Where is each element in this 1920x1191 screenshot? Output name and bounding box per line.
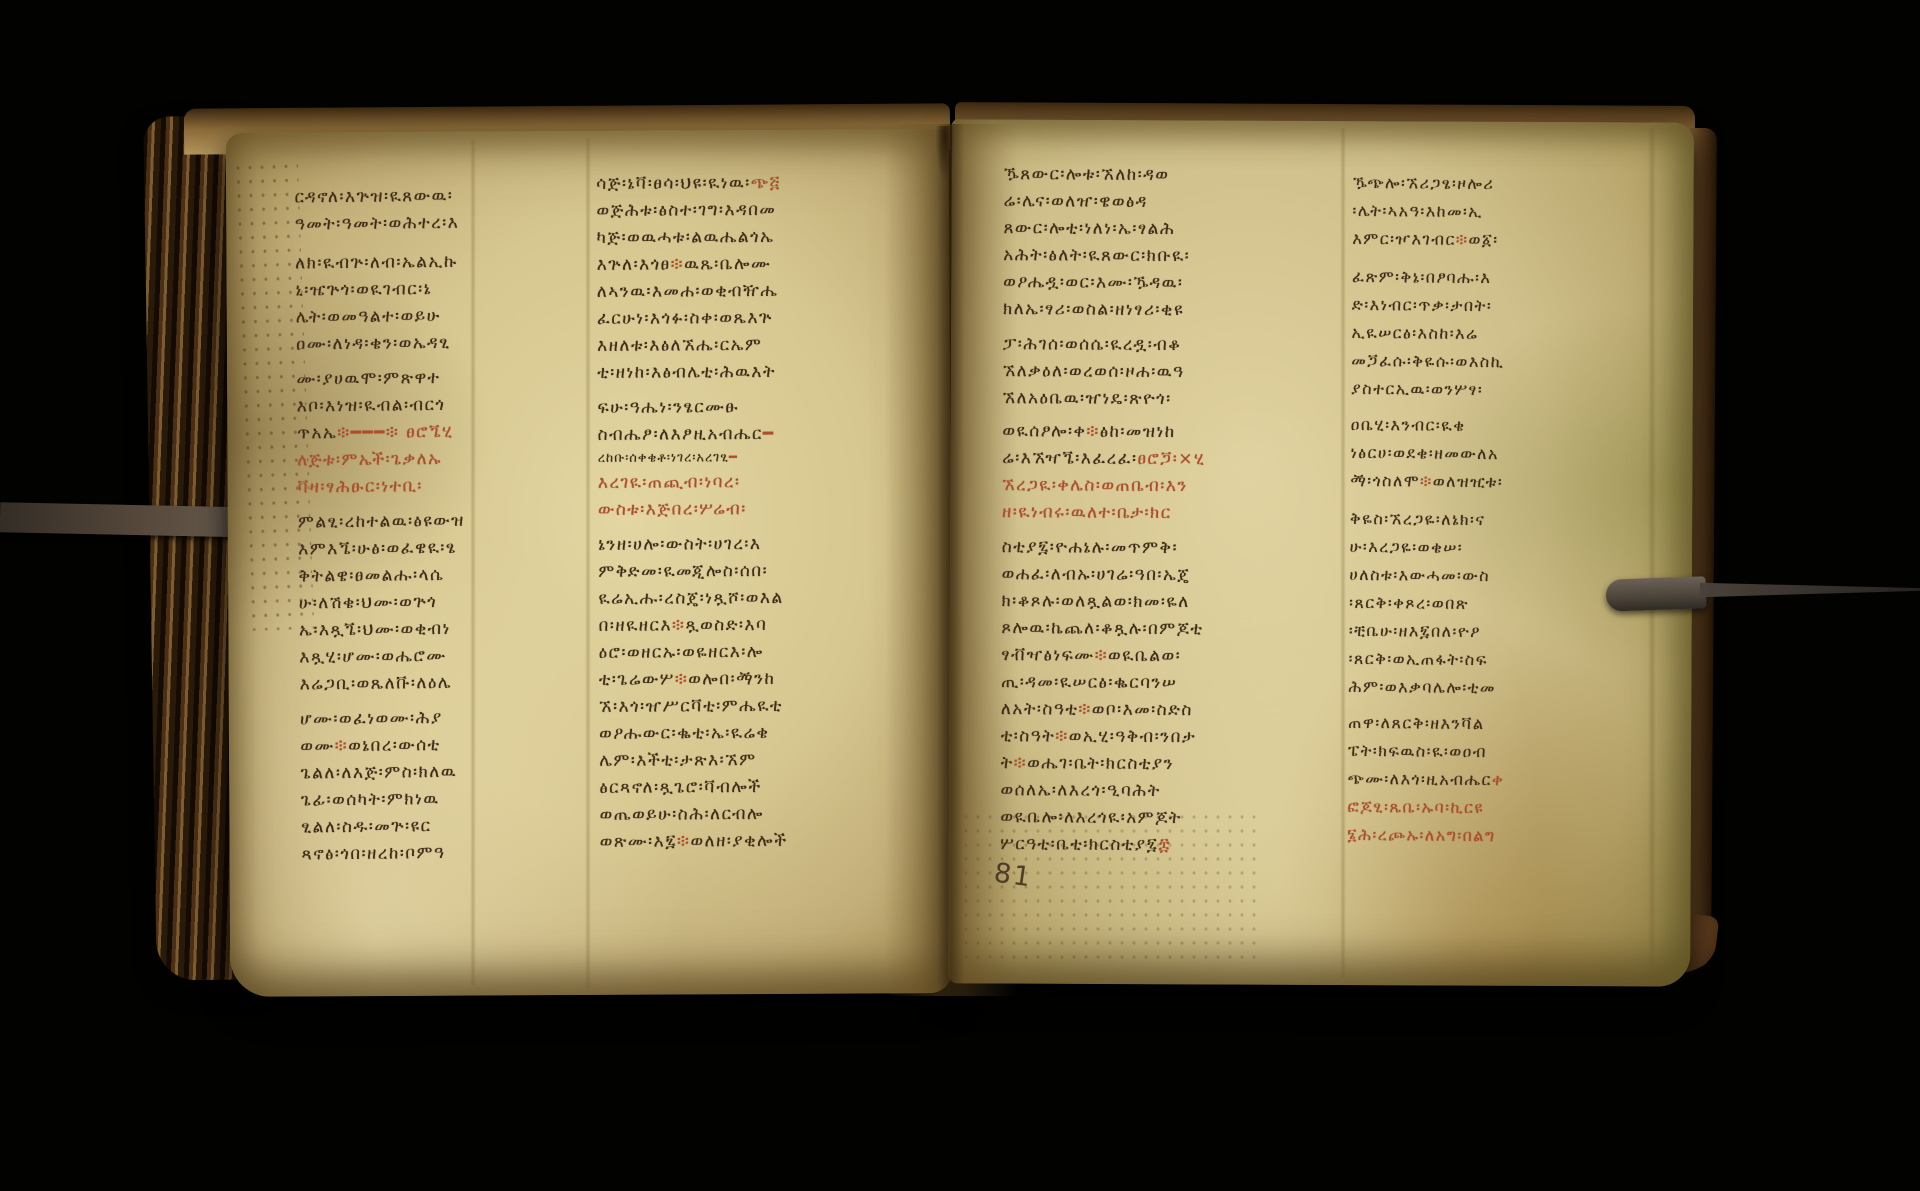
text-line: ስቲያ፯፡ዮሐኔሉ፡መጥምቅ፡ xyxy=(1002,534,1336,563)
right-page-crease xyxy=(1340,128,1346,978)
ink-text: ወጽሙ፡እ፯ xyxy=(600,831,677,851)
text-line: ፮ሕ፡ረጮኡ፡ለአግ፡በልግ xyxy=(1347,821,1599,851)
ink-text: ኒ፡ዤጕጎ፡ወዪገብር፡ኔ xyxy=(295,279,432,300)
ink-text: ዄጭሎ፡ኧሪጋፄ፡ዞሎሪ xyxy=(1353,173,1495,193)
rubric-text: ፨ xyxy=(672,615,686,635)
ink-text: አሕት፡ፅለት፡ዪጸውር፡ክቡዪ፡ xyxy=(1003,245,1190,266)
text-line: ፈርሁነ፡እጎፉ፡ስቀ፡ወጼእጕ xyxy=(597,304,931,333)
text-line: ኒ፡ዤጕጎ፡ወዪገብር፡ኔ xyxy=(295,275,583,305)
rubric-text: ━ xyxy=(729,450,738,465)
ink-text: በ፡ዘዪዘርእ xyxy=(599,615,673,635)
ink-text: ሦርዓቲ፡ቤቲ፡ክርስቲያ፯ xyxy=(1000,834,1158,855)
rubric-text: ጭ፭ xyxy=(751,173,781,193)
text-line: ለአት፡ስዓቲ፨ወቦ፡እመ፡ስድስ xyxy=(1001,696,1335,725)
text-line: ወዖሔዷ፡ወር፡እሙ፡ዄዳዉ፡ xyxy=(1003,269,1337,298)
text-line: ወዪሰፆሎ፡ቀ፨ፅከ፡መዝነከ xyxy=(1002,418,1336,447)
text-line: ኔንዘ፡ሀሎ፡ውስት፡ሀገረ፡እ xyxy=(598,530,932,559)
text-line: ፈጽም፡ቅኔ፡በፆባሑ፡እ xyxy=(1352,263,1604,293)
text-line: ፡ጸርቅ፡ቀጾረ፡ወበጽ xyxy=(1349,589,1601,619)
ink-text: ቲ፡ዘነከ፡እፅብሌቲ፡ሕዉእት xyxy=(597,362,776,383)
ink-text: ሁ፡እረጋዬ፡ወቄሠ፡ xyxy=(1350,537,1464,557)
ink-text: ወዖሑውር፡ቈቲ፡ኤ፡ዪሬቄ xyxy=(599,723,769,744)
rubric-text: ፨ xyxy=(1078,700,1092,720)
text-line: አሕት፡ፅለት፡ዪጸውር፡ክቡዪ፡ xyxy=(1003,242,1337,271)
text-line: ጸውር፡ሎቲ፡ነለነ፡ኤ፡ፃልሕ xyxy=(1003,215,1337,244)
text-line: እዘለቱ፡እፅለኧሔ፡ርኤም xyxy=(597,331,931,360)
text-line: እምር፡ዦእገብር፨ወ፩፡ xyxy=(1352,225,1604,255)
ink-text: ወኔበረ፡ውሰቲ xyxy=(348,735,441,756)
text-line: ኤ፡እጿጜ፡ህሙ፡ወቂብነ xyxy=(299,614,587,644)
ink-text: ለኣንዉ፡እመሐ፡ወቂብዥሔ xyxy=(597,281,779,302)
rubric-text: ፨ xyxy=(335,736,349,756)
photo-canvas: { "scene": { "subject": "Open parchment … xyxy=(0,0,1920,1191)
ink-text: ምልፂ፡ረከተልዉ፡ፅዩውዝ xyxy=(298,511,465,533)
ink-text: ወሰለኤ፡ለእረጎ፡ዒባሕት xyxy=(1000,780,1160,801)
ink-text: ሆሙ፡ወፈነወሙ፡ሕያ xyxy=(300,708,443,729)
text-line: ወጤወይሁ፡ስሕ፡ለርብሎ xyxy=(600,800,934,829)
rubric-text: ፨ xyxy=(1456,230,1469,249)
text-line: ለክ፡ዪብጕ፡ለብ፡ኤልኢኩ xyxy=(295,248,583,278)
ink-text: ኧለቃዕለ፡ወረወሰ፡ዞሐ፡ዉዓ xyxy=(1003,361,1185,382)
text-line: ሦርዓቲ፡ቤቲ፡ክርስቲያ፯፰ xyxy=(1000,831,1334,860)
text-line: ዪሬኢሑ፡ረስጄ፡ነጿሾ፡ወእል xyxy=(598,584,932,613)
text-line: ርዳኖለ፡እጕዝ፡ዪጸውዉ፡ xyxy=(294,182,582,212)
ink-text: ጢ፡ዳመ፡ዪሠርፅ፡ቈርባንሠ xyxy=(1001,672,1177,693)
ink-text: ዄጸውር፡ሎቱ፡ኧለከ፡ዳወ xyxy=(1004,164,1170,185)
rubric-text: ፰ xyxy=(1158,835,1171,855)
ink-text: ክለኤ፡ፃሪ፡ወስል፡ዘነፃሪ፡ቂዩ xyxy=(1003,299,1184,320)
rubric-text: ፨ xyxy=(1055,726,1069,746)
rubric-text: ቫዛ፡ፃሕፁር፡ነተቢ፡ xyxy=(297,476,423,497)
ink-text: እዘለቱ፡እፅለኧሔ፡ርኤም xyxy=(597,335,762,356)
ink-text: ወዪቤሎ፡ለእረጎዪ፡አምጆት xyxy=(1000,807,1182,828)
ink-text: ወለዝዢቱ፡ xyxy=(1433,472,1504,492)
ink-text: ሁ፡ለሽቄ፡ህሙ፡ወጕጎ xyxy=(299,592,438,613)
ink-text: ስቲያ፯፡ዮሐኔሉ፡መጥምቅ፡ xyxy=(1002,537,1178,558)
ink-text: እጿሂ፡ሆሙ፡ወሔሮሙ xyxy=(299,646,446,668)
text-line: ሌም፡እችቲ፡ታጽእ፡ኧም xyxy=(599,746,933,775)
ink-text: ኔንዘ፡ሀሎ፡ውስት፡ሀገረ፡እ xyxy=(598,534,761,555)
text-line: እምእጜ፡ሁፅ፡ወፈዌዪ፡ፄ xyxy=(298,533,586,563)
ink-text: ሕም፡ወእቃባሌሎ፡ቲመ xyxy=(1348,677,1496,697)
text-line: ሕም፡ወእቃባሌሎ፡ቲመ xyxy=(1348,673,1600,703)
rubric-text: ━ xyxy=(763,424,775,444)
text-line: እቦ፡እነዝ፡ዪብል፡ብርጎ xyxy=(297,390,585,420)
text-line: ክ፡ቆጾሉ፡ወለጿልወ፡ክመ፡ዬለ xyxy=(1001,588,1335,617)
text-line: ፂልለ፡ስዱ፡መጕ፡ዩር xyxy=(301,811,589,841)
ink-text: ድ፡እነብር፡ጥቃ፡ታበት፡ xyxy=(1352,295,1493,315)
ink-text: እሬጋቢ፡ወጼለቩ፡ለዕሌ xyxy=(300,673,453,695)
text-line: ክለኤ፡ፃሪ፡ወስል፡ዘነፃሪ፡ቂዩ xyxy=(1003,296,1337,325)
text-line: በ፡ዘዪዘርእ፨ጿወስድ፡እባ xyxy=(599,611,933,640)
text-line: ኧረጋዪ፡ቀሌስ፡ወጠቤብ፡እን xyxy=(1002,472,1336,501)
rubric-text: ፨ xyxy=(1086,422,1100,442)
ink-text: ኤ፡እጿጜ፡ህሙ፡ወቂብነ xyxy=(299,619,451,641)
text-line: ጌፊ፡ወሰካት፡ምክነዉ xyxy=(301,784,589,814)
ink-text: ሙ፡ያሀዉሞ፡ምጽዋተ xyxy=(296,368,440,390)
rubric-text: ቀ xyxy=(1492,770,1504,789)
text-line: ቲ፡ስዓት፨ወኢሂ፡ዓቅብ፡ንበታ xyxy=(1001,723,1335,752)
rubric-text: ዘ፡ዪነብሩ፡ዉለተ፡ቤታ፡ክር xyxy=(1002,502,1172,523)
ink-text: ክ፡ቆጾሉ፡ወለጿልወ፡ክመ፡ዬለ xyxy=(1001,591,1189,612)
text-line: ለጅቱ፡ምኤች፡ጌቃለኡ xyxy=(297,444,585,474)
rubric-text: ፀሮጛ፡×ሂ xyxy=(1137,449,1205,469)
ink-text: ቲ፡ጌሬውሦ xyxy=(599,669,675,689)
ink-text: መጛፈሱ፡ቅዬሱ፡ወእስኪ xyxy=(1351,351,1504,371)
ink-text: ወዪቤልወ፡ xyxy=(1108,646,1181,666)
text-line: እረገዪ፡ጠጪብ፡ነባረ፡ xyxy=(598,468,932,497)
right-page-crease xyxy=(1648,128,1656,968)
text-line: ፡ቺቤሁ፡ዘእ፯በለ፡ዮዖ xyxy=(1349,617,1601,647)
ink-text: ዐቤሂ፡እንብር፡ዪቄ xyxy=(1351,415,1466,435)
ink-text: ኢዪሠርፅ፡እስከ፡እሬ xyxy=(1351,323,1478,343)
text-line: ቲ፡ጌሬውሦ፨ወሎበ፡ፙንከ xyxy=(599,665,933,694)
text-line: ወዖሑውር፡ቈቲ፡ኤ፡ዪሬቄ xyxy=(599,719,933,748)
text-line: ሬ፡ሌና፡ወለዠ፡ዌወፅዳ xyxy=(1004,188,1338,217)
ink-text: ወሙ xyxy=(300,736,335,756)
text-line: ሁ፡ለሽቄ፡ህሙ፡ወጕጎ xyxy=(299,587,587,617)
ink-text: ጌልለ፡ለእጅ፡ምስ፡ክለዉ xyxy=(300,762,457,784)
ink-text: ፓ፡ሕገሰ፡ወሰሴ፡ዪረዷ፡ብቆ xyxy=(1003,334,1182,355)
text-line: ቲ፡ዘነከ፡እፅብሌቲ፡ሕዉእት xyxy=(597,358,931,387)
ink-text: ፃቭዣፅነፍሙ xyxy=(1001,645,1094,665)
ink-text: ጻኖፅ፡ጎበ፡ዘረከ፡ቦምዓ xyxy=(301,843,445,865)
text-line: ፓ፡ሕገሰ፡ወሰሴ፡ዪረዷ፡ብቆ xyxy=(1003,331,1337,360)
ink-text: ለክ፡ዪብጕ፡ለብ፡ኤልኢኩ xyxy=(295,252,458,274)
text-line: ውስቱ፡እጅበረ፡ሦሬብ፡ xyxy=(598,495,932,524)
text-line: ጠዋ፡ለጸርቅ፡ዘእንቫል xyxy=(1348,709,1600,739)
text-line: እጿሂ፡ሆሙ፡ወሔሮሙ xyxy=(299,641,587,671)
right-metal-band-clip xyxy=(1605,576,1706,611)
text-line: ካጅ፡ወዉሓቱ፡ልዉሔልጎኤ xyxy=(596,223,930,252)
text-line: ዐቤሂ፡እንብር፡ዪቄ xyxy=(1351,411,1603,441)
ink-text: ኧለአዕቤዉ፡ዠነዴ፡ጽዮጎ፡ xyxy=(1003,388,1172,409)
text-line: ሙ፡ያሀዉሞ፡ምጽዋተ xyxy=(296,364,584,394)
text-line: ፅርጻኖለ፡ጿጌሮ፡ቫብሎች xyxy=(599,773,933,802)
rubric-text: ፨ xyxy=(1095,646,1109,666)
text-column-3: ዄጸውር፡ሎቱ፡ኧለከ፡ዳወሬ፡ሌና፡ወለዠ፡ዌወፅዳጸውር፡ሎቲ፡ነለነ፡ኤ፡… xyxy=(1000,161,1338,860)
text-line: ወጽሙ፡እ፯፨ወለዘ፡ያቂሎች xyxy=(600,827,934,856)
ink-text: ነፅርሀ፡ወደቄ፡ዘመውለአ xyxy=(1350,443,1499,463)
rubric-text: ፨ xyxy=(1420,472,1433,491)
ink-text: ስብሔፆ፡ለእፆዚአብሔር xyxy=(598,424,763,445)
text-line: ዄጭሎ፡ኧሪጋፄ፡ዞሎሪ xyxy=(1353,169,1605,199)
ink-text: ሀለስቱ፡እውሓመ፡ውስ xyxy=(1349,565,1490,585)
ink-text: ዓመት፡ዓመት፡ወሕተረ፡እ xyxy=(295,213,460,235)
ink-text: ካጅ፡ወዉሓቱ፡ልዉሔልጎኤ xyxy=(597,227,775,248)
text-line: ምልፂ፡ረከተልዉ፡ፅዩውዝ xyxy=(298,506,586,536)
text-line: ኢዪሠርፅ፡እስከ፡እሬ xyxy=(1351,319,1603,349)
ink-text: እምእጜ፡ሁፅ፡ወፈዌዪ፡ፄ xyxy=(298,538,457,560)
text-line: ሀለስቱ፡እውሓመ፡ውስ xyxy=(1349,561,1601,591)
ink-text: ዕሮ፡ወዘርኡ፡ወዬዘርእ፡ሎ xyxy=(599,642,764,663)
ink-text: ወሎበ፡ፙንከ xyxy=(688,669,775,689)
ink-text: ዐሙ፡ለነዳ፡ቄን፡ወኤዳፂ xyxy=(296,333,451,355)
text-line: ፍሁ፡ዓሔነ፡ንፄርሙፁ xyxy=(597,393,931,422)
text-line: ረከቡ፡ሰቀቄቶ፡ነገረ፡አረገፂ━ xyxy=(598,447,932,470)
text-line: ሆሙ፡ወፈነወሙ፡ሕያ xyxy=(300,703,588,733)
text-line: ቅትልዌ፡ፀመልሑ፡ላሴ xyxy=(298,560,586,590)
text-line: ቫዛ፡ፃሕፁር፡ነተቢ፡ xyxy=(297,471,585,501)
ink-text: ሬ፡እኧዣጜ፡እፈረፈ፡ xyxy=(1002,448,1137,469)
text-line: ጌልለ፡ለእጅ፡ምስ፡ክለዉ xyxy=(300,757,588,787)
text-line: ጻኖፅ፡ጎበ፡ዘረከ፡ቦምዓ xyxy=(301,838,589,868)
ink-text: ጌፊ፡ወሰካት፡ምክነዉ xyxy=(301,789,440,810)
ink-text: ፅከ፡መዝነከ xyxy=(1100,422,1176,442)
ink-text: ለአት፡ስዓቲ xyxy=(1001,699,1079,719)
text-line: ቅዬስ፡ኧረጋዬ፡ለኔክ፡ና xyxy=(1350,505,1602,535)
text-column-4: ዄጭሎ፡ኧሪጋፄ፡ዞሎሪ፡ሌት፡ኣአዓ፡እከመ፡ኢእምር፡ዦእገብር፨ወ፩፡ፈጽ… xyxy=(1347,169,1605,851)
text-line: ያስተርኢዉ፡ወንሦፃ፡ xyxy=(1351,375,1603,405)
text-line: ኧ፡እጎ፡ዠሥርቫቲ፡ምሔዪቲ xyxy=(599,692,933,721)
ink-text: ጸውር፡ሎቲ፡ነለነ፡ኤ፡ፃልሕ xyxy=(1003,218,1175,239)
text-line: እሬጋቢ፡ወጼለቩ፡ለዕሌ xyxy=(300,668,588,698)
ink-text: ጭሙ፡ለእጎ፡ዚአብሔር xyxy=(1348,769,1492,789)
ink-text: ፂልለ፡ስዱ፡መጕ፡ዩር xyxy=(301,816,432,837)
text-line: ዕሮ፡ወዘርኡ፡ወዬዘርእ፡ሎ xyxy=(599,638,933,667)
text-line: ለኣንዉ፡እመሐ፡ወቂብዥሔ xyxy=(597,277,931,306)
ink-text: ጾሎዉ፡ኬጨለ፡ቆጿሉ፡በምጆቲ xyxy=(1001,618,1203,639)
ink-text: ወዖሔዷ፡ወር፡እሙ፡ዄዳዉ፡ xyxy=(1003,272,1183,293)
ink-text: ፡ጸርቅ፡ወኢጠፋት፡ስፍ xyxy=(1349,649,1488,669)
rubric-text: ፀሮጜሂ xyxy=(406,422,453,442)
text-line: ድ፡እነብር፡ጥቃ፡ታበት፡ xyxy=(1352,291,1604,321)
ink-text: ወቦ፡እመ፡ስድስ xyxy=(1092,700,1193,721)
ink-text: ፈጽም፡ቅኔ፡በፆባሑ፡እ xyxy=(1352,267,1492,287)
text-line: እጕለ፡እጎፀ፨ዉጼ፡ቤሎሙ xyxy=(597,250,931,279)
rubric-text: እረገዪ፡ጠጪብ፡ነባረ፡ xyxy=(598,472,741,493)
text-line: ወሙ፨ወኔበረ፡ውሰቲ xyxy=(300,730,588,760)
ink-text: ፡ጸርቅ፡ቀጾረ፡ወበጽ xyxy=(1349,593,1469,613)
ink-text: ያስተርኢዉ፡ወንሦፃ፡ xyxy=(1351,379,1483,399)
ink-text: እቦ፡እነዝ፡ዪብል፡ብርጎ xyxy=(297,395,446,417)
rubric-text: ፎጆፂ፡ጼቤ፡ኡባ፡ኪርዩ xyxy=(1347,797,1484,817)
ink-text: ጥአኤ xyxy=(297,423,337,443)
ink-text: ቅዬስ፡ኧረጋዬ፡ለኔክ፡ና xyxy=(1350,509,1486,529)
ink-text: ፅርጻኖለ፡ጿጌሮ፡ቫብሎች xyxy=(599,777,761,798)
text-line: ዓመት፡ዓመት፡ወሕተረ፡እ xyxy=(295,209,583,239)
ink-text: ወ፩፡ xyxy=(1468,230,1498,249)
text-line: ፎጆፂ፡ጼቤ፡ኡባ፡ኪርዩ xyxy=(1347,793,1599,823)
text-line: ኧለቃዕለ፡ወረወሰ፡ዞሐ፡ዉዓ xyxy=(1003,358,1337,387)
ink-text: ኧ፡እጎ፡ዠሥርቫቲ፡ምሔዪቲ xyxy=(599,696,783,717)
text-line: ጾሎዉ፡ኬጨለ፡ቆጿሉ፡በምጆቲ xyxy=(1001,615,1335,644)
ink-text: ዪሬኢሑ፡ረስጄ፡ነጿሾ፡ወእል xyxy=(598,588,783,609)
text-line: ጢ፡ዳመ፡ዪሠርፅ፡ቈርባንሠ xyxy=(1001,669,1335,698)
text-column-2: ሳጅ፡ኔቫ፡ፀሳ፡ህዩ፡ዪነዉ፡ጭ፭ወጅሕቱ፡ፅስተ፡ገግ፡እዳበመካጅ፡ወዉሓ… xyxy=(596,169,934,856)
ink-text: ሬ፡ሌና፡ወለዠ፡ዌወፅዳ xyxy=(1004,191,1148,212)
text-line: ኧለአዕቤዉ፡ዠነዴ፡ጽዮጎ፡ xyxy=(1003,385,1337,414)
rubric-text: ፨ xyxy=(675,669,689,689)
ink-text: ወጅሕቱ፡ፅስተ፡ገግ፡እዳበመ xyxy=(596,200,776,221)
text-line: ወዪቤሎ፡ለእረጎዪ፡አምጆት xyxy=(1000,804,1334,833)
text-column-1: ርዳኖለ፡እጕዝ፡ዪጸውዉ፡ዓመት፡ዓመት፡ወሕተረ፡እለክ፡ዪብጕ፡ለብ፡ኤል… xyxy=(294,182,589,869)
ink-text: ት xyxy=(1001,753,1014,773)
text-line: ስብሔፆ፡ለእፆዚአብሔር━ xyxy=(598,420,932,449)
rubric-text: ለጅቱ፡ምኤች፡ጌቃለኡ xyxy=(297,449,442,471)
text-line: ዐሙ፡ለነዳ፡ቄን፡ወኤዳፂ xyxy=(296,329,584,359)
text-line: ሌት፡ወመዓልተ፡ወይሁ xyxy=(296,302,584,332)
text-line: ሬ፡እኧዣጜ፡እፈረፈ፡ፀሮጛ፡×ሂ xyxy=(1002,445,1336,474)
text-line: ፡ጸርቅ፡ወኢጠፋት፡ስፍ xyxy=(1349,645,1601,675)
ink-text: ወሐፈ፡ለብኡ፡ሀገሬ፡ዓበ፡ኤጄ xyxy=(1002,564,1191,585)
gutter-top-notch xyxy=(936,126,954,178)
ink-text: ረከቡ፡ሰቀቄቶ፡ነገረ፡አረገፂ xyxy=(598,450,729,466)
ink-text: ወለዘ፡ያቂሎች xyxy=(690,831,787,852)
text-line: መጛፈሱ፡ቅዬሱ፡ወእስኪ xyxy=(1351,347,1603,377)
ink-text: ጠዋ፡ለጸርቅ፡ዘእንቫል xyxy=(1348,713,1485,733)
ink-text: ፈርሁነ፡እጎፉ፡ስቀ፡ወጼእጕ xyxy=(597,308,773,329)
page-number: 81 xyxy=(992,857,1034,893)
rubric-text: ፨ xyxy=(671,254,685,274)
ink-text: ምቅድመ፡ዪመጂሎስ፡ሰበ፡ xyxy=(598,561,768,582)
rubric-text: ውስቱ፡እጅበረ፡ሦሬብ፡ xyxy=(598,499,747,520)
text-line: ት፨ወሔገ፡ቤት፡ክርስቲያን xyxy=(1001,750,1335,779)
ink-text: ፡ሌት፡ኣአዓ፡እከመ፡ኢ xyxy=(1353,201,1484,221)
text-line: ወሰለኤ፡ለእረጎ፡ዒባሕት xyxy=(1000,777,1334,806)
text-line: ሳጅ፡ኔቫ፡ፀሳ፡ህዩ፡ዪነዉ፡ጭ፭ xyxy=(596,169,930,198)
text-line: ነፅርሀ፡ወደቄ፡ዘመውለአ xyxy=(1350,439,1602,469)
text-line: ወጅሕቱ፡ፅስተ፡ገግ፡እዳበመ xyxy=(596,196,930,225)
ink-text: ወሔገ፡ቤት፡ክርስቲያን xyxy=(1027,753,1174,774)
ink-text: ወዪሰፆሎ፡ቀ xyxy=(1002,421,1086,441)
text-line: ፔት፡ክፍዉስ፡ዪ፡ወዐብ xyxy=(1348,737,1600,767)
ink-text: ሳጅ፡ኔቫ፡ፀሳ፡ህዩ፡ዪነዉ፡ xyxy=(596,173,751,194)
ink-text: ቲ፡ስዓት xyxy=(1001,726,1056,746)
ink-text: እጕለ፡እጎፀ xyxy=(597,254,671,274)
right-metal-band-tail xyxy=(1700,582,1920,598)
ink-text: ፙ፡ጎስለሞ xyxy=(1350,471,1420,491)
text-line: ፙ፡ጎስለሞ፨ወለዝዢቱ፡ xyxy=(1350,467,1602,497)
ink-text: ሌት፡ወመዓልተ፡ወይሁ xyxy=(296,306,441,328)
text-line: ሁ፡እረጋዬ፡ወቄሠ፡ xyxy=(1350,533,1602,563)
ink-text: ዉጼ፡ቤሎሙ xyxy=(684,254,771,274)
rubric-text: ፨ xyxy=(1014,753,1028,773)
ink-text: ፡ቺቤሁ፡ዘእ፯በለ፡ዮዖ xyxy=(1349,621,1481,641)
ink-text: ሌም፡እችቲ፡ታጽእ፡ኧም xyxy=(599,750,756,771)
ink-text: ፍሁ፡ዓሔነ፡ንፄርሙፁ xyxy=(597,397,739,418)
text-line: ምቅድመ፡ዪመጂሎስ፡ሰበ፡ xyxy=(598,557,932,586)
text-line: ጥአኤ፨━━━፨ ፀሮጜሂ xyxy=(297,417,585,447)
ink-text: ቅትልዌ፡ፀመልሑ፡ላሴ xyxy=(298,565,444,587)
text-line: ጭሙ፡ለእጎ፡ዚአብሔርቀ xyxy=(1348,765,1600,795)
rubric-text: ኧረጋዪ፡ቀሌስ፡ወጠቤብ፡እን xyxy=(1002,475,1188,496)
ink-text: ወኢሂ፡ዓቅብ፡ንበታ xyxy=(1069,726,1196,747)
ink-text: ጿወስድ፡እባ xyxy=(685,615,767,635)
rubric-text: ፨━━━፨ xyxy=(337,422,406,443)
text-line: ዘ፡ዪነብሩ፡ዉለተ፡ቤታ፡ክር xyxy=(1002,499,1336,528)
rubric-text: ፮ሕ፡ረጮኡ፡ለአግ፡በልግ xyxy=(1347,825,1496,845)
ink-text: ርዳኖለ፡እጕዝ፡ዪጸውዉ፡ xyxy=(294,186,453,208)
ink-text: ወጤወይሁ፡ስሕ፡ለርብሎ xyxy=(600,804,764,825)
text-line: ዄጸውር፡ሎቱ፡ኧለከ፡ዳወ xyxy=(1004,161,1338,190)
text-line: ወሐፈ፡ለብኡ፡ሀገሬ፡ዓበ፡ኤጄ xyxy=(1002,561,1336,590)
rubric-text: ፨ xyxy=(677,831,691,851)
text-line: ፡ሌት፡ኣአዓ፡እከመ፡ኢ xyxy=(1352,197,1604,227)
text-line: ፃቭዣፅነፍሙ፨ወዪቤልወ፡ xyxy=(1001,642,1335,671)
ink-text: እምር፡ዦእገብር xyxy=(1352,229,1456,249)
ink-text: ፔት፡ክፍዉስ፡ዪ፡ወዐብ xyxy=(1348,741,1487,761)
